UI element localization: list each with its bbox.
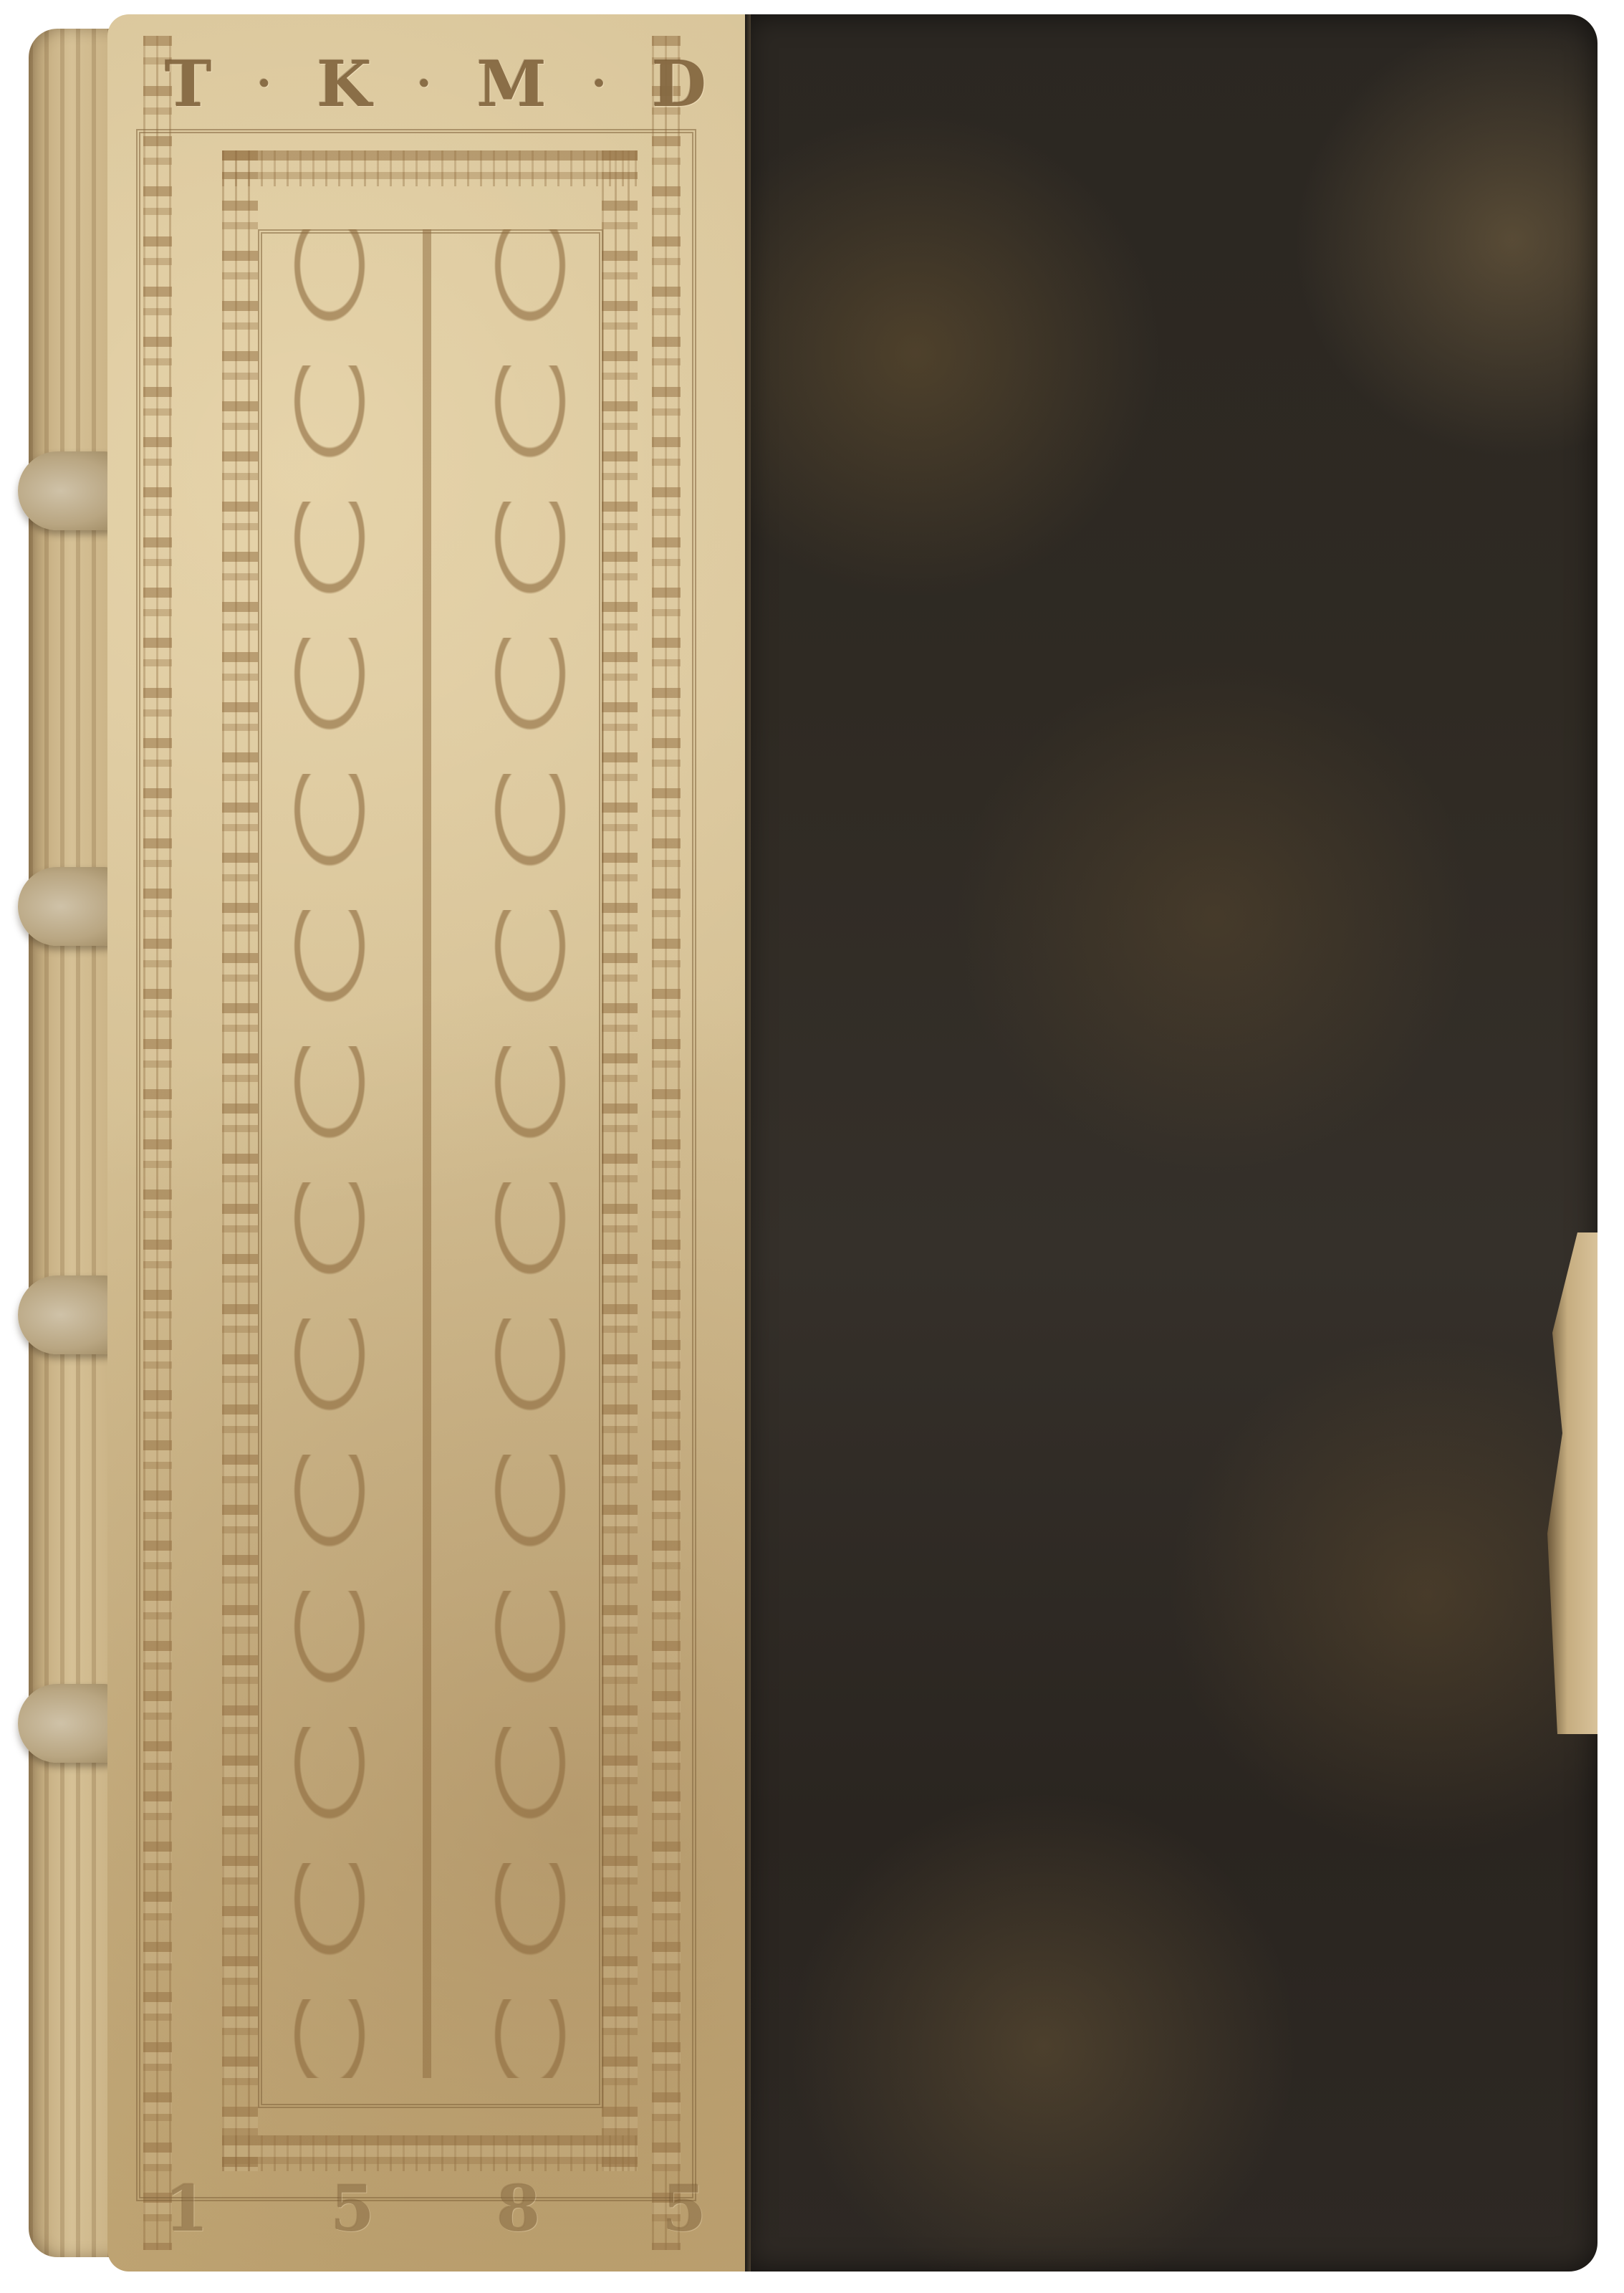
date-digit: 5 [663, 2171, 709, 2246]
leather-seam [745, 14, 751, 2272]
initial-letter: K [317, 47, 374, 121]
bottom-date: 1 5 8 5 [165, 2171, 709, 2246]
separator-ornament: · [256, 59, 274, 109]
initial-letter: D [652, 47, 709, 121]
separator-ornament: · [417, 59, 435, 109]
date-digit: 5 [331, 2171, 378, 2246]
date-digit: 1 [165, 2171, 211, 2246]
book-binding: T · K · M · D 1 5 8 5 [29, 14, 1597, 2272]
initial-letter: T [165, 47, 214, 121]
initial-letter: M [477, 47, 549, 121]
date-digit: 8 [496, 2171, 543, 2246]
separator-ornament: · [592, 59, 610, 109]
central-ornamental-panel [229, 229, 630, 2078]
dark-leather-board [745, 14, 1597, 2272]
top-initials: T · K · M · D [165, 47, 709, 121]
